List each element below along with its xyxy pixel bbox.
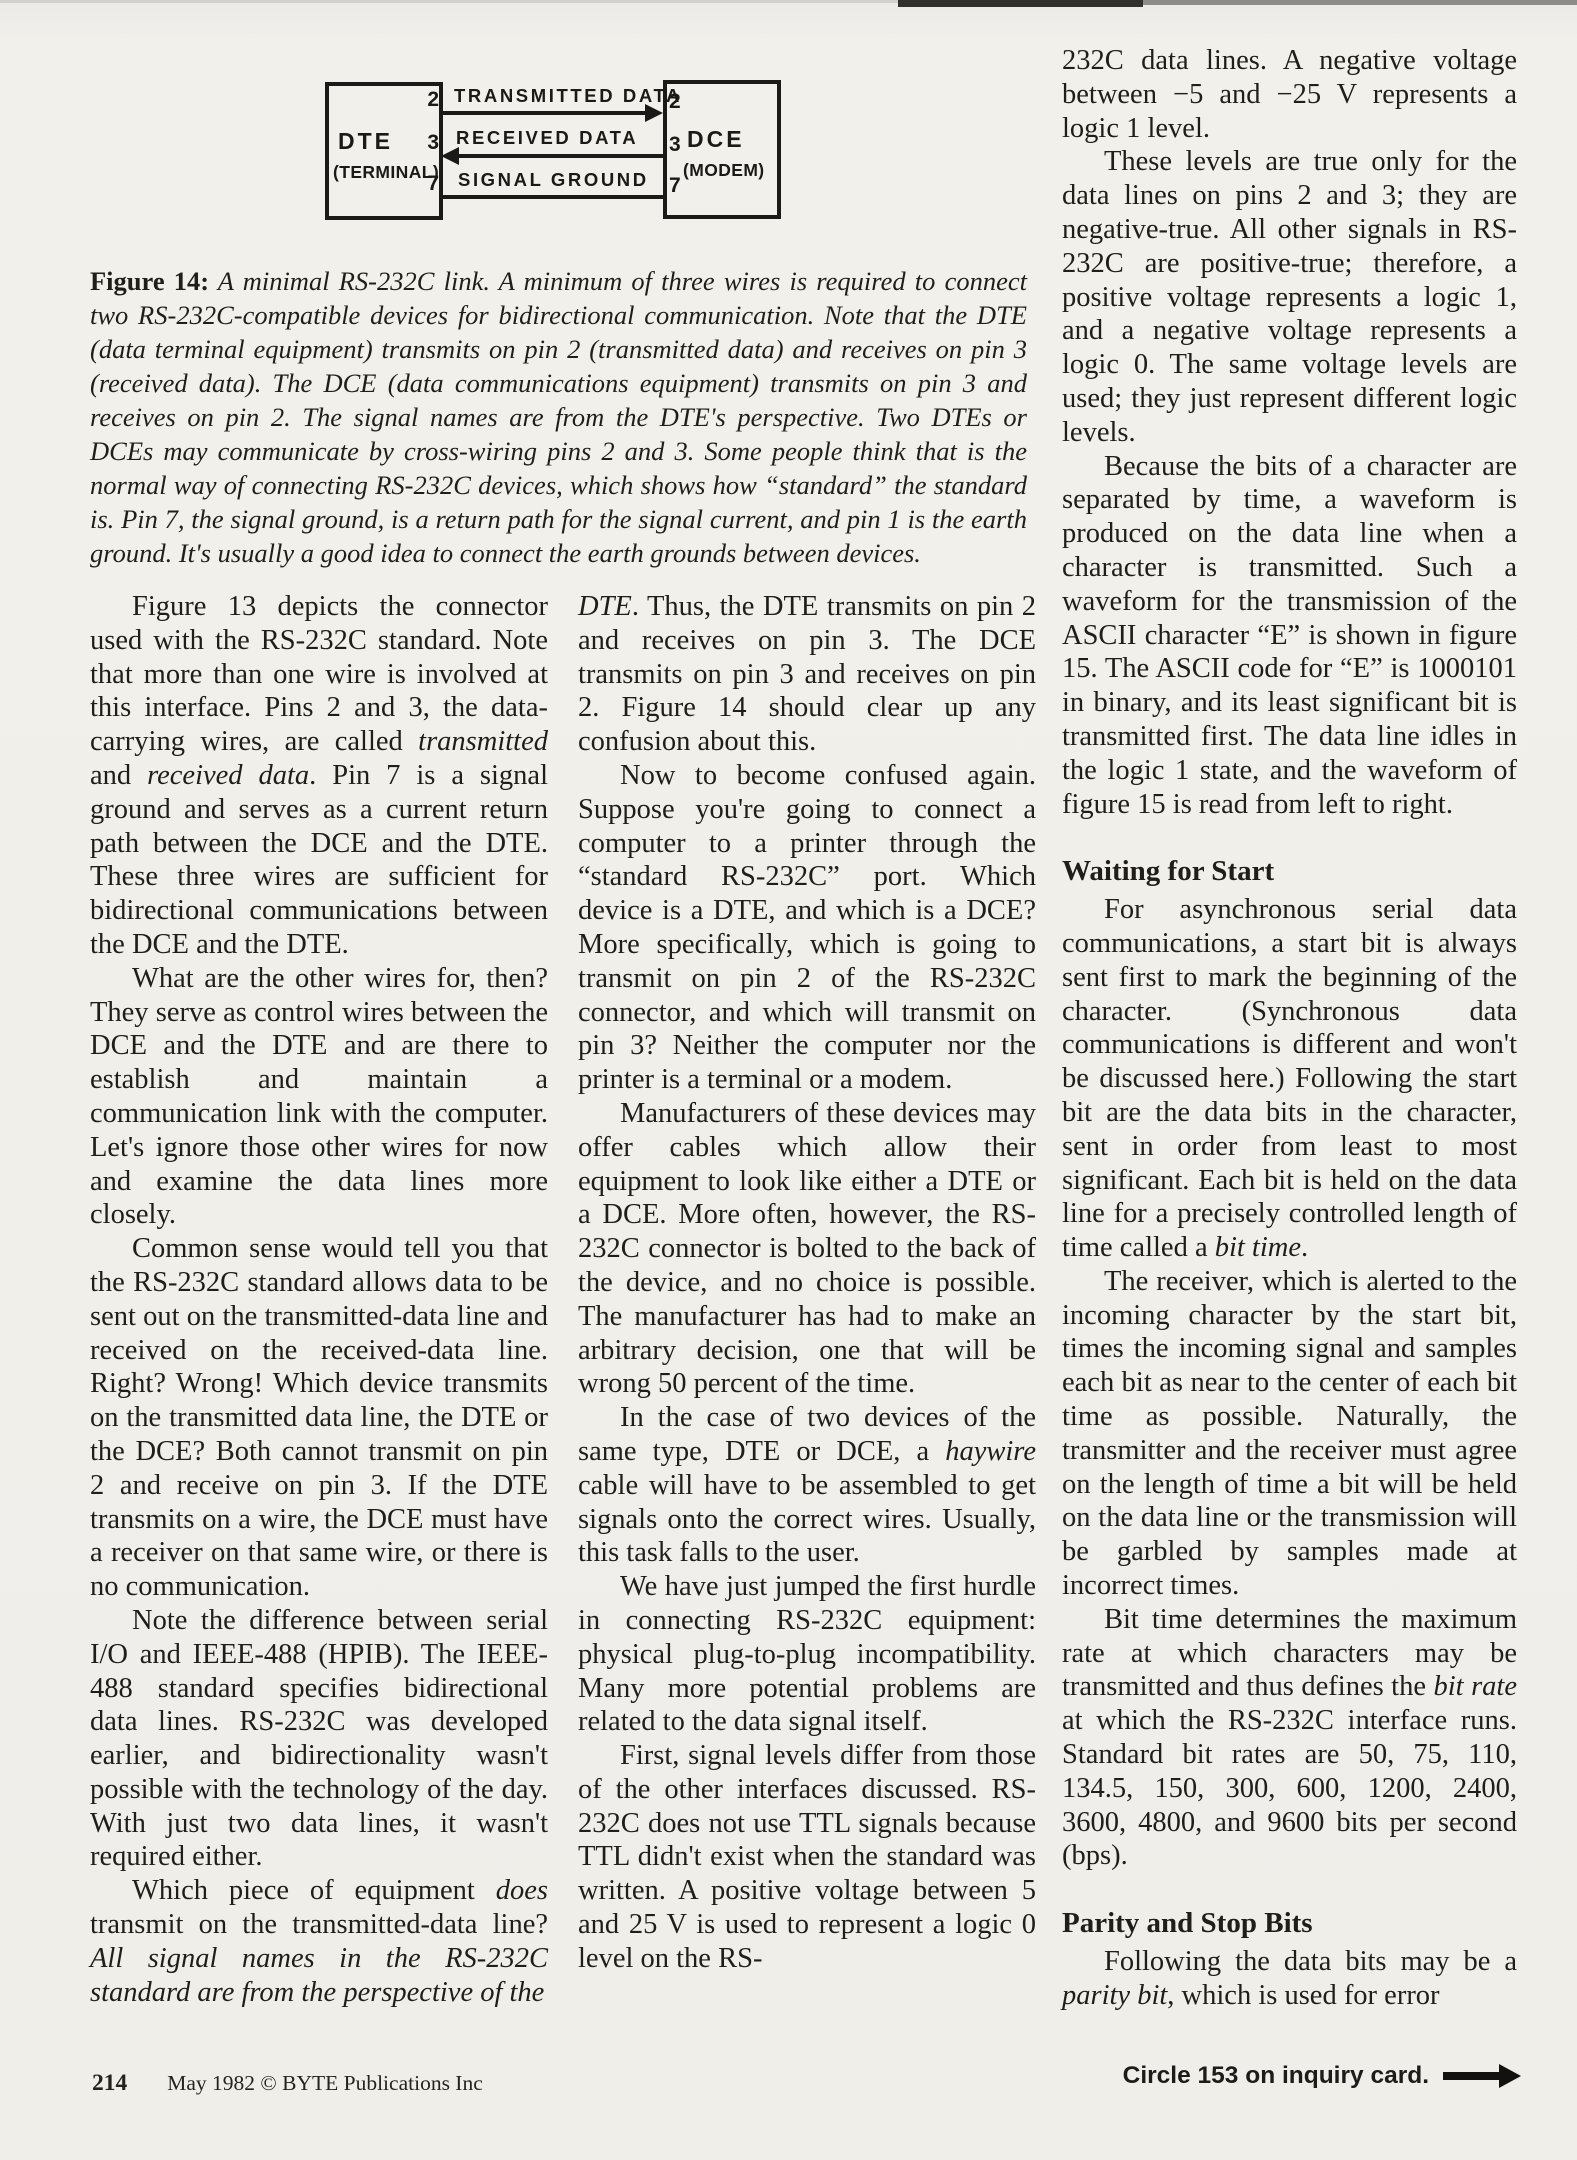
paragraph: We have just jumped the first hurdle in … bbox=[578, 1570, 1036, 1739]
figure-caption: Figure 14: A minimal RS-232C link. A min… bbox=[90, 264, 1027, 570]
figure-14-diagram: DTE (TERMINAL) DCE (MODEM) TRANSMITTED D… bbox=[325, 78, 780, 230]
paragraph: Because the bits of a character are sepa… bbox=[1062, 450, 1517, 822]
paragraph: First, signal levels differ from those o… bbox=[578, 1739, 1036, 1976]
page-number: 214 bbox=[92, 2070, 127, 2096]
dce-pin-3: 3 bbox=[669, 133, 695, 157]
dce-title: DCE bbox=[687, 126, 745, 153]
paragraph: Bit time determines the maximum rate at … bbox=[1062, 1603, 1517, 1873]
paragraph: DTE. Thus, the DTE transmits on pin 2 an… bbox=[578, 590, 1036, 759]
dce-subtitle: (MODEM) bbox=[683, 160, 765, 181]
paragraph: What are the other wires for, then? They… bbox=[90, 962, 548, 1232]
paragraph: Now to become confused again. Suppose yo… bbox=[578, 759, 1036, 1097]
paragraph: Figure 13 depicts the connector used wit… bbox=[90, 590, 548, 962]
section-heading: Parity and Stop Bits bbox=[1062, 1907, 1517, 1941]
wire-label-signal-ground: SIGNAL GROUND bbox=[458, 169, 649, 191]
arrowhead-left-icon bbox=[441, 147, 459, 165]
section-heading: Waiting for Start bbox=[1062, 855, 1517, 889]
paragraph: Which piece of equipment does transmit o… bbox=[90, 1874, 548, 2009]
text-column-2: DTE. Thus, the DTE transmits on pin 2 an… bbox=[578, 590, 1036, 1976]
paragraph: In the case of two devices of the same t… bbox=[578, 1401, 1036, 1570]
paragraph: Common sense would tell you that the RS-… bbox=[90, 1232, 548, 1604]
dce-pin-2: 2 bbox=[669, 90, 695, 114]
dte-pin-2: 2 bbox=[413, 88, 439, 112]
text-column-3: 232C data lines. A negative voltage betw… bbox=[1062, 44, 1517, 2013]
paragraph: Following the data bits may be a parity … bbox=[1062, 1945, 1517, 2013]
dte-pin-3: 3 bbox=[413, 131, 439, 155]
wire-received-data bbox=[459, 154, 663, 158]
paragraph: For asynchronous serial data communicati… bbox=[1062, 893, 1517, 1265]
dce-pin-7: 7 bbox=[669, 174, 695, 198]
footer-right: Circle 153 on inquiry card. bbox=[1123, 2062, 1521, 2090]
paragraph: These levels are true only for the data … bbox=[1062, 145, 1517, 449]
wire-transmitted-data bbox=[443, 111, 647, 115]
dte-pin-7: 7 bbox=[413, 172, 439, 196]
inquiry-card-note: Circle 153 on inquiry card. bbox=[1123, 2062, 1429, 2090]
magazine-page: DTE (TERMINAL) DCE (MODEM) TRANSMITTED D… bbox=[0, 0, 1577, 2160]
paragraph: Manufacturers of these devices may offer… bbox=[578, 1097, 1036, 1401]
scan-artifact-gray bbox=[1143, 0, 1577, 5]
wire-label-received-data: RECEIVED DATA bbox=[456, 127, 638, 149]
arrowhead-right-icon bbox=[645, 104, 663, 122]
publication-credit: May 1982 © BYTE Publications Inc bbox=[167, 2071, 483, 2095]
text-column-1: Figure 13 depicts the connector used wit… bbox=[90, 590, 548, 2009]
right-arrow-icon bbox=[1443, 2064, 1521, 2088]
paragraph: Note the difference between serial I/O a… bbox=[90, 1604, 548, 1874]
scan-artifact-dark bbox=[898, 0, 1143, 7]
dte-title: DTE bbox=[338, 128, 393, 155]
footer-left: 214May 1982 © BYTE Publications Inc bbox=[92, 2070, 483, 2097]
paragraph: The receiver, which is alerted to the in… bbox=[1062, 1265, 1517, 1603]
wire-signal-ground bbox=[443, 195, 663, 199]
paragraph: 232C data lines. A negative voltage betw… bbox=[1062, 44, 1517, 145]
